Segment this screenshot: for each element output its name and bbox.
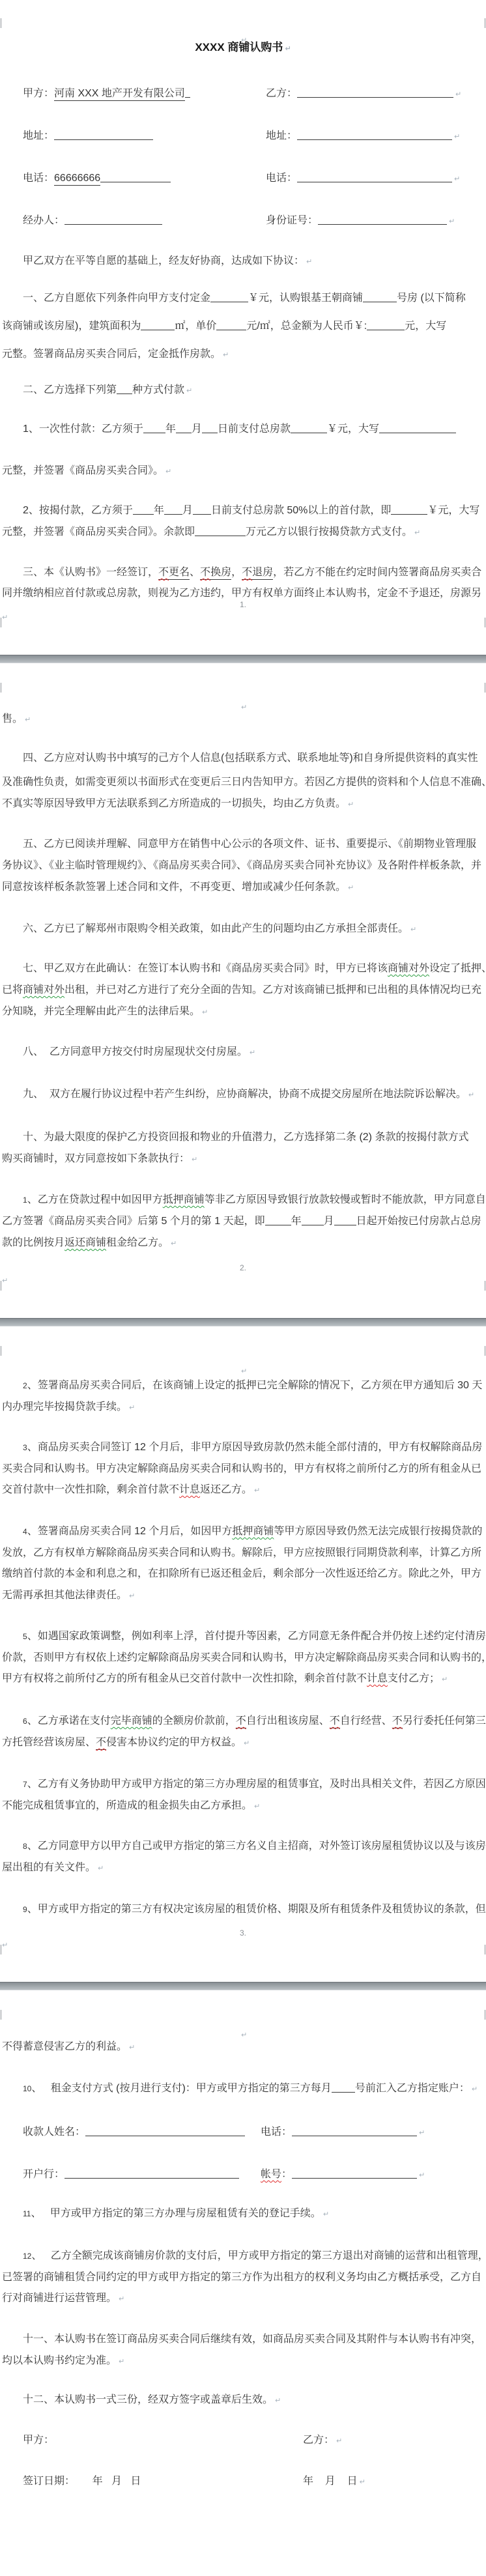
page-gap <box>0 655 486 663</box>
paragraph-mark-icon: ↵ <box>241 2031 247 2039</box>
paragraph-line: 10、 租金支付方式 (按月进行支付)：甲方或甲方指定的第三方每月号前汇入乙方指… <box>23 2082 478 2097</box>
text-segment: 、乙方在贷款过程中如因甲方 <box>27 1194 163 1205</box>
text-segment: 不 <box>158 567 169 580</box>
paragraph-mark-icon: ↵ <box>98 1865 104 1872</box>
paragraph-line: 发放，乙方有权单方解除商品房买卖合同和认购书。解除后，甲方应按照银行同期贷款利率… <box>2 1546 481 1560</box>
paragraph-line: 交首付款中一次性扣除，剩余首付款不计息返还乙方。↵ <box>2 1483 260 1498</box>
text-segment: 、 <box>190 567 200 578</box>
text-segment: XXXX 商铺认购书 <box>195 41 283 53</box>
paragraph-line: 六、乙方已了解郑州市限购令相关政策，如由此产生的问题均由乙方承担全部责任。↵ <box>23 922 416 937</box>
paragraph-mark-icon: ↵ <box>186 387 192 395</box>
form-field: 乙方：↵ <box>303 2433 342 2448</box>
paragraph-line: 5、如遇国家政策调整，例如利率上浮，首付提升等因素，乙方同意无条件配合并仍按上述… <box>23 1629 486 1644</box>
paragraph-line: 内办理完毕按揭贷款手续。↵ <box>2 1400 135 1415</box>
form-row: 电话：66666666电话：↵ <box>0 171 486 186</box>
paragraph-mark-icon: ↵ <box>129 1404 135 1412</box>
text-segment: 计息 <box>367 1673 388 1684</box>
paragraph-line: 八、 乙方同意甲方按交付时房屋现状交付房屋。↵ <box>23 1045 255 1060</box>
blank-field <box>291 423 327 433</box>
blank-field <box>391 504 427 515</box>
text-segment: 12 <box>23 2252 31 2261</box>
crop-mark <box>1 1281 1 1291</box>
text-segment: 不真实等原因导致甲方无法联系到乙方所造成的一切损失，均由乙方负责。 <box>2 798 346 809</box>
blank-field <box>85 2126 245 2136</box>
form-row: 开户行：帐号：↵ <box>0 2168 486 2182</box>
text-segment: 完毕商铺 <box>111 1715 152 1726</box>
text-segment: ，若乙方不能在约定时间内签署商品房买卖合 <box>273 567 481 578</box>
text-segment: 收款人姓名： <box>23 2126 85 2138</box>
blank-field <box>363 292 397 302</box>
paragraph-line: 购买商铺时，双方同意按如下条款执行：↵ <box>2 1152 197 1167</box>
paragraph-line: 9、甲方或甲方指定的第三方有权决定该房屋的租赁价格、期限及所有租赁条件及租赁协议… <box>23 1902 486 1917</box>
blank-field <box>292 2126 417 2136</box>
crop-mark <box>1 2010 1 2020</box>
text-segment: 售。 <box>2 713 23 724</box>
text-segment: 元/㎡，总金额为人民币￥: <box>246 321 367 332</box>
blank-field <box>202 423 218 433</box>
paragraph-line: 行对商铺进行运营管理。↵ <box>2 2291 124 2306</box>
text-segment: 四、乙方应对认购书中填写的己方个人信息(包括联系方式、联系地址等)和自身所提供资… <box>23 752 478 764</box>
crop-mark <box>1 1346 1 1356</box>
text-segment: 开户行： <box>23 2169 64 2180</box>
text-segment: 十一、本认购书在签订商品房买卖合同后继续有效，如商品房买卖合同及其附件与本认购书… <box>23 2334 481 2345</box>
text-segment: 6 <box>23 1717 27 1726</box>
form-field: 甲方：河南 XXX 地产开发有限公司 <box>23 87 190 101</box>
blank-field <box>133 504 154 515</box>
blank-field <box>176 423 192 433</box>
crop-mark <box>485 18 485 28</box>
text-segment: 1 <box>23 1195 27 1205</box>
text-segment: 一、乙方自愿依下列条件向甲方支付定金 <box>23 293 210 304</box>
paragraph-line: 甲乙双方在平等自愿的基础上，经友好协商，达成如下协议：↵ <box>23 254 312 269</box>
text-segment: 发放，乙方有权单方解除商品房买卖合同和认购书。解除后，甲方应按照银行同期贷款利率… <box>2 1547 481 1558</box>
text-segment: 设定了抵押、 <box>429 963 486 974</box>
text-segment: 、甲方或甲方指定的第三方有权决定该房屋的租赁价格、期限及所有租赁条件及租赁协议的… <box>27 1904 486 1915</box>
paragraph-line: 价款，否则甲方有权依上述约定解除商品房买卖合同和认购书，甲方决定解除商品房买卖合… <box>2 1651 486 1665</box>
paragraph-mark-icon: ↵ <box>455 91 461 98</box>
paragraph-mark-icon: ↵ <box>2 1941 8 1949</box>
paragraph-mark-icon: ↵ <box>468 1091 474 1099</box>
paragraph-line: 屋出租的有关文件。↵ <box>2 1861 104 1876</box>
paragraph-mark-icon: ↵ <box>442 1676 448 1683</box>
text-segment: 帐号 <box>261 2169 281 2180</box>
paragraph-mark-icon: ↵ <box>454 175 460 183</box>
text-segment: 7 <box>23 1780 27 1789</box>
form-field: 身份证号：↵ <box>266 214 455 229</box>
text-segment: 电话： <box>261 2126 292 2138</box>
form-field: 地址：↵ <box>266 129 460 144</box>
text-segment: 均以本认购书约定为准。 <box>2 2355 117 2366</box>
text-segment: ￥元，大写 <box>427 505 479 516</box>
paragraph-line: 该商铺或该房屋)，建筑面积为㎡，单价元/㎡，总金额为人民币￥:元，大写 <box>2 319 446 334</box>
paragraph-mark-icon: ↵ <box>119 2358 124 2366</box>
paragraph-line: 款的比例按月返还商铺租金给乙方。↵ <box>2 1236 177 1251</box>
text-segment: 买卖合同和认购书。甲方决定解除商品房买卖合同和认购书的，甲方有权将之前所付乙方的… <box>2 1463 481 1474</box>
form-field: 电话：↵ <box>266 171 460 186</box>
text-segment: 该商铺或该房屋)，建筑面积为 <box>2 321 141 332</box>
blank-field <box>332 2082 355 2093</box>
page-number: 3. <box>0 1928 486 1938</box>
form-row: 地址：地址：↵ <box>0 129 486 143</box>
text-segment: 乙方签署《商品房买卖合同》后第 5 个月的第 1 天起，即 <box>2 1216 265 1227</box>
text-segment: 66666666 <box>54 173 100 186</box>
text-segment: 2 <box>23 1381 27 1390</box>
blank-field <box>292 2168 417 2179</box>
form-field: 帐号：↵ <box>261 2168 425 2182</box>
paragraph-line: 2、签署商品房买卖合同后，在该商铺上设定的抵押已完全解除的情况下，乙方须在甲方通… <box>23 1379 482 1393</box>
page-3: ↵2、签署商品房买卖合同后，在该商铺上设定的抵押已完全解除的情况下，乙方须在甲方… <box>0 1326 486 1982</box>
paragraph-mark-icon: ↵ <box>285 45 291 53</box>
text-segment: 、签署商品房买卖合同后，在该商铺上设定的抵押已完全解除的情况下，乙方须在甲方通知… <box>27 1380 483 1391</box>
text-segment: 不能完成租赁事宜的，所造成的租金损失由乙方承担。 <box>2 1800 252 1811</box>
text-segment: 不 <box>96 1737 106 1750</box>
paragraph-mark-icon: ↵ <box>2 1273 8 1288</box>
paragraph-mark-icon: ↵ <box>202 1009 208 1016</box>
paragraph-line: 元整。签署商品房买卖合同后，定金抵作房款。↵ <box>2 347 229 362</box>
paragraph-line: 12、 乙方全额完成该商铺房价款的支付后，甲方或甲方指定的第三方退出对商铺的运营… <box>23 2249 486 2263</box>
paragraph-line: 1、乙方在贷款过程中如因甲方抵押商铺等非乙方原因导致银行放款较慢或暂时不能放款，… <box>23 1193 486 1207</box>
crop-mark <box>1 683 1 693</box>
crop-mark <box>485 2010 485 2020</box>
paragraph-mark-icon: ↵ <box>414 529 420 537</box>
text-segment: 甲方： <box>23 88 54 99</box>
text-segment: ， <box>231 567 242 578</box>
text-segment: 八、 乙方同意甲方按交付时房屋现状交付房屋。 <box>23 1046 248 1057</box>
form-field: 开户行： <box>23 2168 239 2182</box>
text-segment: 月 <box>324 1216 334 1227</box>
text-segment: 等非乙方原因导致银行放款较慢或暂时不能放款，甲方同意自 <box>205 1194 486 1205</box>
paragraph-line: 2、按揭付款，乙方须于年月日前支付总房款 50%以上的首付款，即￥元，大写 <box>23 504 479 518</box>
form-row: 甲方：乙方：↵ <box>0 2433 486 2448</box>
page-2: ↵售。↵四、乙方应对认购书中填写的己方个人信息(包括联系方式、联系地址等)和自身… <box>0 663 486 1318</box>
form-field: 签订日期： 年 月 日 <box>23 2474 141 2489</box>
paragraph-mark-icon: ↵ <box>410 926 416 934</box>
crop-mark <box>1 618 1 627</box>
paragraph-line: 及准确性负责，如需变更须以书面形式在变更后三日内告知甲方。若因乙方提供的资料和个… <box>2 775 486 790</box>
text-segment: 屋出租的有关文件。 <box>2 1862 96 1873</box>
paragraph-line: 元整，并签署《商品房买卖合同》。↵ <box>2 464 171 479</box>
form-field: 收款人姓名： <box>23 2125 245 2140</box>
text-segment: 不得蓄意侵害乙方的利益。 <box>2 2041 127 2052</box>
paragraph-mark-icon: ↵ <box>348 884 354 892</box>
paragraph-mark-icon: ↵ <box>2 610 8 625</box>
paragraph-mark-icon: ↵ <box>119 2295 124 2303</box>
page-1: ↵XXXX 商铺认购书↵甲方：河南 XXX 地产开发有限公司乙方：↵地址：地址：… <box>0 0 486 655</box>
form-row: 收款人姓名：电话：↵ <box>0 2125 486 2140</box>
text-segment: 自行出租该房屋、 <box>246 1715 330 1726</box>
blank-field <box>302 1215 324 1225</box>
paragraph-mark-icon: ↵ <box>454 133 460 141</box>
paragraph-line: 三、本《认购书》一经签订，不更名、不换房，不退房，若乙方不能在约定时间内签署商品… <box>23 565 481 580</box>
text-segment: 不 <box>200 567 210 580</box>
text-segment: 年 <box>154 505 164 516</box>
text-segment: 8 <box>23 1842 27 1851</box>
text-segment: ㎡，单价 <box>175 321 216 332</box>
text-segment: 已签署的商铺租赁合同约定的甲方或甲方指定的第三方作为出租方的权利义务均由乙方概括… <box>2 2272 481 2283</box>
text-segment: 2、按揭付款，乙方须于 <box>23 505 133 516</box>
paragraph-line: 均以本认购书约定为准。↵ <box>2 2354 124 2369</box>
paragraph-mark-icon: ↵ <box>323 2211 329 2218</box>
crop-mark <box>485 1346 485 1356</box>
text-segment: 交首付款中一次性扣除，剩余首付款不 <box>2 1484 179 1495</box>
page-gap <box>0 1318 486 1326</box>
paragraph-mark-icon: ↵ <box>419 2129 425 2137</box>
paragraph-line: 四、乙方应对认购书中填写的己方个人信息(包括联系方式、联系地址等)和自身所提供资… <box>23 751 478 766</box>
paragraph-line: 一、乙方自愿依下列条件向甲方支付定金￥元，认购银基王朝商铺号房 (以下简称 <box>23 291 466 306</box>
text-segment: 元整，并签署《商品房买卖合同》。 <box>2 465 164 476</box>
paragraph-mark-icon: ↵ <box>165 468 171 476</box>
paragraph-line: 乙方签署《商品房买卖合同》后第 5 个月的第 1 天起，即年月日起开始按已付房款… <box>2 1214 481 1229</box>
text-segment: 三、本《认购书》一经签订， <box>23 567 158 578</box>
paragraph-mark-icon: ↵ <box>241 700 247 715</box>
text-segment: 价款，否则甲方有权依上述约定解除商品房买卖合同和认购书，甲方决定解除商品房买卖合… <box>2 1652 486 1663</box>
text-segment: 商铺对外 <box>388 963 429 974</box>
blank-field <box>64 214 162 225</box>
blank-field <box>54 130 153 140</box>
text-segment: 5 <box>23 1632 27 1641</box>
text-segment: 日起开始按已付房款占总房 <box>356 1216 481 1227</box>
paragraph-line: 3、商品房买卖合同签订 12 个月后，非甲方原因导致房款仍然未能全部付清的，甲方… <box>23 1440 482 1455</box>
paragraph-mark-icon: ↵ <box>223 351 229 359</box>
text-segment: 内办理完毕按揭贷款手续。 <box>2 1401 127 1412</box>
text-segment: ￥元，认购银基王朝商铺 <box>248 293 363 304</box>
paragraph-line: 6、乙方承诺在支付完毕商铺的全额房价款前，不自行出租该房屋、不自行经营、不另行委… <box>23 1714 486 1728</box>
paragraph-line: 同并缴纳相应首付款或总房款，则视为乙方违约，甲方有权单方面终止本认购书，定金不予… <box>2 586 481 601</box>
blank-field <box>193 504 211 515</box>
paragraph-line: 甲方有权将之前所付乙方的所有租金从已交首付款中一次性扣除，剩余首付款不计息支付乙… <box>2 1672 448 1687</box>
paragraph-mark-icon: ↵ <box>2 614 8 622</box>
paragraph-line: 11、 甲方或甲方指定的第三方办理与房屋租赁有关的登记手续。↵ <box>23 2207 329 2222</box>
text-segment: 购买商铺时，双方同意按如下条款执行： <box>2 1153 190 1164</box>
paragraph-mark-icon: ↵ <box>254 1803 260 1810</box>
form-field: 地址： <box>23 129 153 143</box>
text-segment: 租金给乙方。 <box>106 1237 169 1248</box>
text-segment: 抵押商铺 <box>232 1526 274 1537</box>
text-segment: 同意按该样板条款签署上述合同和文件，不再变更、增加或减少任何条款。 <box>2 881 346 893</box>
document: ↵XXXX 商铺认购书↵甲方：河南 XXX 地产开发有限公司乙方：↵地址：地址：… <box>0 0 486 2576</box>
crop-mark <box>1 1945 1 1954</box>
text-segment: 方托管经营该房屋、 <box>2 1737 96 1748</box>
text-segment: 行对商铺进行运营管理。 <box>2 2293 117 2304</box>
text-segment: 支付乙方； <box>388 1673 440 1684</box>
text-segment: 商铺对外 <box>23 984 64 995</box>
page-number: 2. <box>0 1263 486 1272</box>
text-segment: 11 <box>23 2209 31 2218</box>
text-segment: 退房 <box>252 567 273 580</box>
paragraph-line: 同意按该样板条款签署上述合同和文件，不再变更、增加或减少任何条款。↵ <box>2 880 354 895</box>
text-segment: 乙方： <box>266 88 297 99</box>
form-field: 甲方： <box>23 2433 54 2448</box>
paragraph-line: 十一、本认购书在签订商品房买卖合同后继续有效，如商品房买卖合同及其附件与本认购书… <box>23 2332 481 2347</box>
paragraph-line: 分知晓，并完全理解由此产生的法律后果。↵ <box>2 1005 208 1020</box>
blank-field <box>164 504 182 515</box>
text-segment: 不 <box>242 567 252 580</box>
paragraph-mark-icon: ↵ <box>348 801 354 809</box>
text-segment: 电话： <box>266 173 297 184</box>
text-segment: 10 <box>23 2084 31 2093</box>
paragraph-line: 十、为最大限度的保护乙方投资回报和物业的升值潜力，乙方选择第二条 (2) 条款的… <box>23 1130 468 1145</box>
form-field: 经办人： <box>23 214 162 228</box>
text-segment: 、乙方同意甲方以甲方自己或甲方指定的第三方名义自主招商，对外签订该房屋租赁协议以… <box>27 1840 486 1852</box>
text-segment: 出租，并已对乙方进行了充分全面的告知。乙方对该商铺已抵押和已出租的具体情况均已充 <box>64 984 481 995</box>
text-segment: 4 <box>23 1527 27 1536</box>
text-segment: 更名 <box>169 567 190 580</box>
text-segment: 甲乙双方在平等自愿的基础上，经友好协商，达成如下协议： <box>23 255 304 266</box>
paragraph-line: 缴纳首付款的本金和利息之和，在扣除所有已返还租金后，剩余部分一次性返还给乙方。除… <box>2 1567 481 1581</box>
form-field: 电话：↵ <box>261 2125 425 2140</box>
crop-mark <box>1 18 1 28</box>
blank-field <box>265 1215 291 1225</box>
text-segment: 地址： <box>23 130 54 141</box>
text-segment: 七、甲乙双方在此确认：在签订本认购书和《商品房买卖合同》时，甲方已将该 <box>23 963 388 974</box>
text-segment: 、 乙方全额完成该商铺房价款的支付后，甲方或甲方指定的第三方退出对商铺的运营和出… <box>31 2250 486 2261</box>
blank-field <box>297 87 453 98</box>
text-segment: 返还乙方。 <box>200 1484 252 1495</box>
blank-field <box>216 320 246 330</box>
paragraph-line: 务协议》、《业主临时管理规约》、《商品房买卖合同》、《商品房买卖合同补充协议》及… <box>2 859 481 873</box>
paragraph-mark-icon: ↵ <box>241 704 247 711</box>
text-segment: 缴纳首付款的本金和利息之和，在扣除所有已返还租金后，剩余部分一次性返还给乙方。除… <box>2 1568 481 1579</box>
text-segment: 3 <box>23 1443 27 1452</box>
text-segment: 务协议》、《业主临时管理规约》、《商品房买卖合同》、《商品房买卖合同补充协议》及… <box>2 860 481 871</box>
text-segment: 电话： <box>23 173 54 184</box>
paragraph-mark-icon: ↵ <box>244 1739 250 1747</box>
paragraph-line: 二、乙方选择下列第种方式付款↵ <box>23 383 192 398</box>
paragraph-line: 不得蓄意侵害乙方的利益。↵ <box>2 2040 135 2055</box>
paragraph-line: 不能完成租赁事宜的，所造成的租金损失由乙方承担。↵ <box>2 1799 260 1814</box>
blank-field <box>185 87 190 98</box>
text-segment: 、商品房买卖合同签订 12 个月后，非甲方原因导致房款仍然未能全部付清的，甲方有… <box>27 1442 483 1453</box>
text-segment: 、乙方承诺在支付 <box>27 1715 111 1726</box>
paragraph-mark-icon: ↵ <box>192 1156 197 1164</box>
text-segment: 、乙方有义务协助甲方或甲方指定的第三方办理房屋的租赁事宜，及时出具相关文件，若因… <box>27 1779 486 1790</box>
text-segment: 种方式付款 <box>132 384 184 395</box>
paragraph-line: 不真实等原因导致甲方无法联系到乙方所造成的一切损失，均由乙方负责。↵ <box>2 797 354 812</box>
text-segment: 六、乙方已了解郑州市限购令相关政策，如由此产生的问题均由乙方承担全部责任。 <box>23 923 408 934</box>
text-segment: 甲方有权将之前所付乙方的所有租金从已交首付款中一次性扣除，剩余首付款不 <box>2 1673 367 1684</box>
paragraph-line: 7、乙方有义务协助甲方或甲方指定的第三方办理房屋的租赁事宜，及时出具相关文件，若… <box>23 1777 486 1792</box>
text-segment: 经办人： <box>23 215 64 226</box>
text-segment: 月 <box>182 505 193 516</box>
paragraph-line: 售。↵ <box>2 712 31 727</box>
paragraph-line: 已签署的商铺租赁合同约定的甲方或甲方指定的第三方作为出租方的权利义务均由乙方概括… <box>2 2270 481 2285</box>
text-segment: 万元乙方以银行按揭贷款方式支付。 <box>246 526 412 537</box>
crop-mark <box>485 1945 485 1954</box>
paragraph-mark-icon: ↵ <box>129 2044 135 2052</box>
paragraph-mark-icon: ↵ <box>241 1367 247 1375</box>
crop-mark <box>485 618 485 627</box>
page-gap <box>0 1982 486 1990</box>
text-segment: 年 <box>291 1216 302 1227</box>
paragraph-mark-icon: ↵ <box>129 1592 135 1600</box>
text-segment: 不 <box>236 1715 246 1728</box>
form-row: 经办人：身份证号：↵ <box>0 214 486 228</box>
blank-field <box>334 1215 356 1225</box>
text-segment: 返还商铺 <box>64 1237 106 1248</box>
paragraph-line: 买卖合同和认购书。甲方决定解除商品房买卖合同和认购书的，甲方有权将之前所付乙方的… <box>2 1462 481 1476</box>
text-segment: 9 <box>23 1905 27 1914</box>
text-segment: 签订日期： 年 月 日 <box>23 2476 141 2487</box>
crop-mark <box>485 1281 485 1291</box>
paragraph-line: 1、一次性付款：乙方须于年月日前支付总房款￥元，大写 <box>23 422 456 436</box>
blank-field <box>379 423 456 433</box>
paragraph-line: 七、甲乙双方在此确认：在签订本认购书和《商品房买卖合同》时，甲方已将该商铺对外设… <box>23 962 486 976</box>
form-row: 签订日期： 年 月 日年 月 日↵ <box>0 2474 486 2489</box>
blank-field <box>367 320 405 330</box>
text-segment: 、 租金支付方式 (按月进行支付)：甲方或甲方指定的第三方每月 <box>31 2083 331 2094</box>
paragraph-line: 方托管经营该房屋、不侵害本协议约定的甲方权益。↵ <box>2 1736 250 1751</box>
paragraph-mark-icon: ↵ <box>2 1938 8 1953</box>
text-segment: 1、一次性付款：乙方须于 <box>23 423 143 435</box>
text-segment: 、 甲方或甲方指定的第三方办理与房屋租赁有关的登记手续。 <box>31 2208 321 2219</box>
text-segment: 地址： <box>266 130 297 141</box>
text-segment: 分知晓，并完全理解由此产生的法律后果。 <box>2 1006 200 1017</box>
blank-field <box>143 423 165 433</box>
text-segment: 五、乙方已阅读并理解、同意甲方在销售中心公示的各项文件、证书、重要提示、《前期物… <box>23 838 476 850</box>
paragraph-mark-icon: ↵ <box>241 2027 247 2042</box>
paragraph-line: 十二、本认购书一式三份，经双方签字或盖章后生效。↵ <box>23 2393 281 2408</box>
paragraph-mark-icon: ↵ <box>306 258 312 266</box>
text-segment: 不 <box>330 1715 340 1728</box>
text-segment: 身份证号： <box>266 215 318 226</box>
paragraph-mark-icon: ↵ <box>336 2437 342 2445</box>
text-segment: 不 <box>392 1715 403 1728</box>
paragraph-line: 8、乙方同意甲方以甲方自己或甲方指定的第三方名义自主招商，对外签订该房屋租赁协议… <box>23 1839 486 1853</box>
text-segment: 的全额房价款前， <box>152 1715 236 1726</box>
text-segment: 自行经营、 <box>340 1715 392 1726</box>
text-segment: 款的比例按月 <box>2 1237 64 1248</box>
blank-field <box>297 130 452 140</box>
text-segment: ￥元，大写 <box>327 423 379 435</box>
text-segment: 年 <box>165 423 176 435</box>
form-field: 电话：66666666 <box>23 171 171 186</box>
text-segment: 日前支付总房款 50%以上的首付款，即 <box>211 505 391 516</box>
text-segment: 侵害本协议约定的甲方权益。 <box>106 1737 242 1748</box>
text-segment: 等甲方原因导致仍然无法完成银行按揭贷款的 <box>274 1526 482 1537</box>
blank-field <box>64 2168 239 2179</box>
text-segment: 日前支付总房款 <box>218 423 291 435</box>
text-segment: 、签署商品房买卖合同 12 个月后，如因甲方 <box>27 1526 233 1537</box>
form-field: 年 月 日↵ <box>303 2474 365 2489</box>
blank-field <box>297 172 452 182</box>
blank-field <box>100 172 171 182</box>
paragraph-line: 九、 双方在履行协议过程中若产生纠纷，应协商解决，协商不成提交房屋所在地法院诉讼… <box>23 1087 474 1102</box>
text-segment: 同并缴纳相应首付款或总房款，则视为乙方违约，甲方有权单方面终止本认购书，定金不予… <box>2 588 481 599</box>
blank-field <box>195 526 246 536</box>
text-segment: 号前汇入乙方指定账户： <box>355 2083 470 2094</box>
text-segment: 及准确性负责，如需变更须以书面形式在变更后三日内告知甲方。若因乙方提供的资料和个… <box>2 777 486 788</box>
text-segment: 年 月 日 <box>303 2476 358 2487</box>
paragraph-line: 已将商铺对外出租，并已对乙方进行了充分全面的告知。乙方对该商铺已抵押和已出租的具… <box>2 983 481 997</box>
text-segment: 河南 XXX 地产开发有限公司 <box>54 88 185 101</box>
text-segment: ： <box>281 2169 292 2180</box>
paragraph-mark-icon: ↵ <box>254 1487 260 1495</box>
crop-mark <box>485 683 485 693</box>
paragraph-mark-icon: ↵ <box>472 2085 478 2093</box>
blank-field <box>210 292 248 302</box>
text-segment: 乙方： <box>303 2435 334 2446</box>
paragraph-mark-icon: ↵ <box>250 1049 255 1057</box>
paragraph-mark-icon: ↵ <box>360 2478 365 2486</box>
blank-field <box>318 214 447 225</box>
page-4: ↵不得蓄意侵害乙方的利益。↵10、 租金支付方式 (按月进行支付)：甲方或甲方指… <box>0 1990 486 2576</box>
text-segment: 计息 <box>179 1484 200 1495</box>
blank-field <box>141 320 175 330</box>
paragraph-mark-icon: ↵ <box>275 2397 281 2405</box>
paragraph-mark-icon: ↵ <box>171 1240 177 1248</box>
text-segment: 抵押商铺 <box>163 1194 205 1205</box>
form-field: 乙方：↵ <box>266 87 461 102</box>
